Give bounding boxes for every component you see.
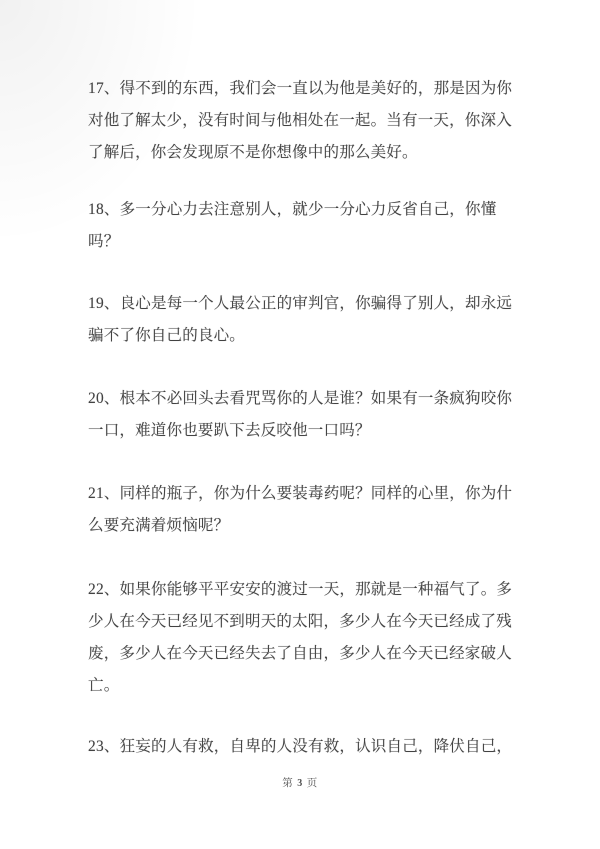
- quote-item-23: 23、狂妄的人有救，自卑的人没有救，认识自己，降伏自己，: [88, 731, 518, 763]
- quote-item-19: 19、良心是每一个人最公正的审判官，你骗得了别人，却永远 骗不了你自己的良心。: [88, 288, 518, 352]
- quote-item-18: 18、多一分心力去注意别人，就少一分心力反省自己，你懂吗？: [88, 194, 518, 258]
- quote-item-17: 17、得不到的东西，我们会一直以为他是美好的，那是因为你 对他了解太少，没有时间…: [88, 73, 518, 169]
- document-page: 17、得不到的东西，我们会一直以为他是美好的，那是因为你 对他了解太少，没有时间…: [0, 0, 600, 849]
- page-footer-suffix: 页: [307, 778, 318, 789]
- page-footer-prefix: 第: [282, 778, 293, 789]
- quote-item-21: 21、同样的瓶子，你为什么要装毒药呢？同样的心里，你为什 么要充满着烦恼呢？: [88, 478, 518, 542]
- quote-item-22: 22、如果你能够平平安安的渡过一天，那就是一种福气了。多 少人在今天已经见不到明…: [88, 574, 518, 702]
- quote-item-20: 20、根本不必回头去看咒骂你的人是谁？如果有一条疯狗咬你 一口，难道你也要趴下去…: [88, 383, 518, 447]
- page-number: 3: [297, 778, 303, 789]
- page-footer: 第3页: [0, 777, 600, 791]
